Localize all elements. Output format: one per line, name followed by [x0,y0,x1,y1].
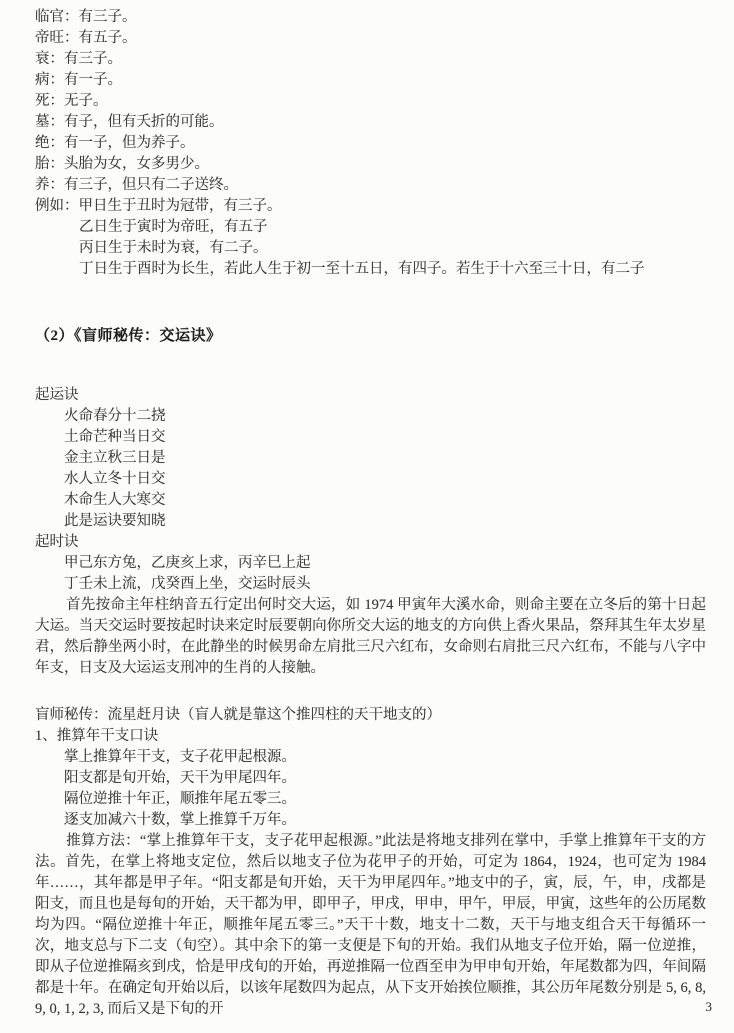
liuxing-method-paragraph: 推算方法：“掌上推算年干支，支子花甲起根源。”此法是将地支排列在掌中，手掌上推算… [35,831,706,1020]
list-line: 死：无子。 [35,91,706,112]
qiyun-verse-line: 木命生人大寒交 [35,490,706,511]
liuxing-verse-line: 逐支加减六十数，掌上推算千万年。 [35,810,706,831]
qishi-verse-line: 甲己东方兔，乙庚亥上求，丙辛巳上起 [35,553,706,574]
section-jiaoyun: 起运诀 火命春分十二挠 土命芒种当日交 金主立秋三日是 水人立冬十日交 木命生人… [35,385,706,679]
qiyun-verse-line: 金主立秋三日是 [35,448,706,469]
list-line: 临官：有三子。 [35,7,706,28]
document-page: 临官：有三子。 帝旺：有五子。 衰：有三子。 病：有一子。 死：无子。 墓：有子… [0,0,734,1033]
list-line: 养：有三子，但只有二子送终。 [35,175,706,196]
jiaoyun-paragraph: 首先按命主年柱纳音五行定出何时交大运，如 1974 甲寅年大溪水命，则命主要在立… [35,595,706,679]
list-line: 胎：头胎为女，女多男少。 [35,154,706,175]
list-line: 病：有一子。 [35,70,706,91]
example-subline: 丁日生于酉时为长生，若此人生于初一至十五日，有四子。若生于十六至三十日，有二子 [35,259,706,280]
section-liuxing-ganyue: 盲师秘传：流星赶月诀（盲人就是靠这个推四柱的天干地支的） 1、推算年干支口诀 掌… [35,705,706,1020]
list-line: 绝：有一子，但为养子。 [35,133,706,154]
qiyun-title: 起运诀 [35,385,706,406]
qishi-verse-line: 丁壬未上流，戊癸酉上坐，交运时辰头 [35,574,706,595]
liuxing-verse-line: 掌上推算年干支，支子花甲起根源。 [35,747,706,768]
list-line: 帝旺：有五子。 [35,28,706,49]
qiyun-verse-line: 土命芒种当日交 [35,427,706,448]
section-heading-jiaoyunjue: （2）《盲师秘传：交运诀》 [35,326,706,347]
example-subline: 乙日生于寅时为帝旺，有五子 [35,217,706,238]
liuxing-verse-line: 阳支都是旬开始，天干为甲尾四年。 [35,768,706,789]
liuxing-verse-line: 隔位逆推十年正，顺推年尾五零三。 [35,789,706,810]
page-number: 3 [706,996,713,1017]
list-line: 墓：有子，但有夭折的可能。 [35,112,706,133]
qishi-title: 起时诀 [35,532,706,553]
section-child-count-list: 临官：有三子。 帝旺：有五子。 衰：有三子。 病：有一子。 死：无子。 墓：有子… [35,7,706,280]
example-lead-line: 例如：甲日生于丑时为冠带，有三子。 [35,196,706,217]
list-line: 衰：有三子。 [35,49,706,70]
qiyun-verse-line: 火命春分十二挠 [35,406,706,427]
liuxing-subtitle: 1、推算年干支口诀 [35,726,706,747]
example-subline: 丙日生于未时为衰，有二子。 [35,238,706,259]
qiyun-verse-line: 此是运诀要知晓 [35,511,706,532]
qiyun-verse-line: 水人立冬十日交 [35,469,706,490]
liuxing-title: 盲师秘传：流星赶月诀（盲人就是靠这个推四柱的天干地支的） [35,705,706,726]
